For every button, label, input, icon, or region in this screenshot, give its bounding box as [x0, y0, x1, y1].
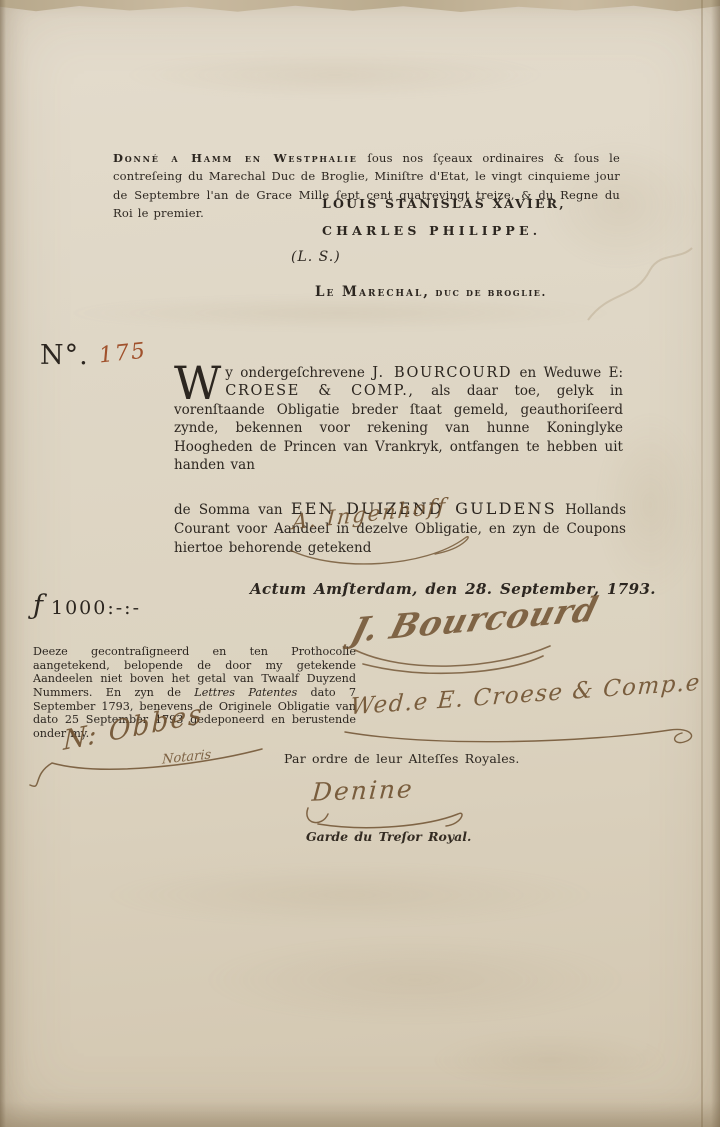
preamble-paragraph: Donné a Hamm en Westphalie ſous nos ſçea…: [113, 149, 620, 223]
lettres-patentes: Lettres Patentes: [194, 686, 297, 699]
dropcap: W: [174, 364, 225, 400]
ink-showthrough: [430, 1030, 670, 1090]
ink-showthrough: [120, 50, 550, 100]
treasury-title: Garde du Treſor Royal.: [306, 829, 471, 844]
notary-signature-flourish: [22, 735, 272, 795]
royal-signature-louis: LOUIS STANISLAS XAVIER,: [322, 196, 566, 211]
torn-paper-edge: [0, 0, 720, 15]
ink-showthrough: [200, 935, 630, 1025]
document-page: Donné a Hamm en Westphalie ſous nos ſçea…: [0, 0, 720, 1127]
paper-bottom-shade: [0, 1101, 720, 1127]
countersign-line: Le Marechal, duc de broglie.: [315, 281, 547, 300]
seal-mark: (L. S.): [291, 249, 341, 265]
royal-order-line: Par ordre de leur Alteſſes Royales.: [284, 751, 520, 766]
notary-title: Notaris: [162, 747, 211, 767]
obligation-text: en Weduwe E:: [512, 365, 623, 381]
croese-signature: Wed.e E. Croese & Comp.e: [350, 670, 702, 721]
obligation-paragraph: Wy ondergeſchrevene J. BOURCOURD en Wedu…: [174, 364, 623, 476]
amount-value: 1000:-:-: [51, 597, 141, 619]
amount-line: ƒ1000:-:-: [33, 590, 141, 621]
ink-showthrough: [60, 295, 620, 331]
paper-right-edge: [711, 0, 720, 1127]
preamble-opening: Donné a Hamm en Westphalie: [113, 151, 358, 165]
document-number: N°.175: [40, 340, 147, 371]
document-number-value: 175: [98, 339, 148, 369]
sum-text: de Somma van: [174, 502, 291, 518]
treasury-signature: Denine: [311, 774, 415, 807]
countersign-name: Le Marechal,: [315, 284, 430, 300]
ghost-signature-mark: [580, 240, 700, 330]
croese-signature-flourish: [340, 712, 710, 752]
fold-crease: [701, 0, 703, 1127]
paper-left-edge: [0, 0, 6, 1127]
party-name-bourcourd: J. BOURCOURD: [372, 365, 512, 381]
florin-sign: ƒ: [33, 590, 43, 621]
royal-signature-charles: CHARLES PHILIPPE.: [322, 223, 541, 238]
countersign-title: duc de broglie.: [430, 286, 547, 299]
ink-showthrough: [100, 862, 600, 928]
obligation-text: y ondergeſchrevene: [225, 365, 372, 381]
party-name-croese: CROESE & COMP.,: [225, 383, 414, 399]
document-number-label: N°.: [40, 340, 89, 371]
